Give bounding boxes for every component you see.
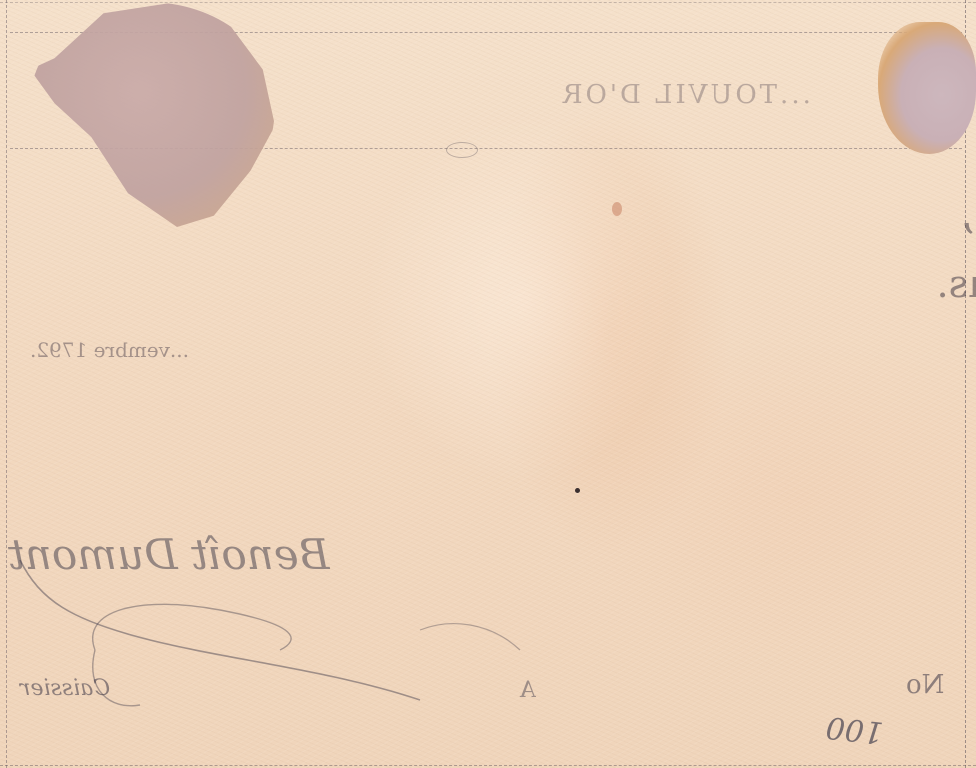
water-stain-right	[878, 22, 976, 154]
ink-dot	[575, 488, 580, 493]
foxing-spot	[612, 202, 622, 216]
